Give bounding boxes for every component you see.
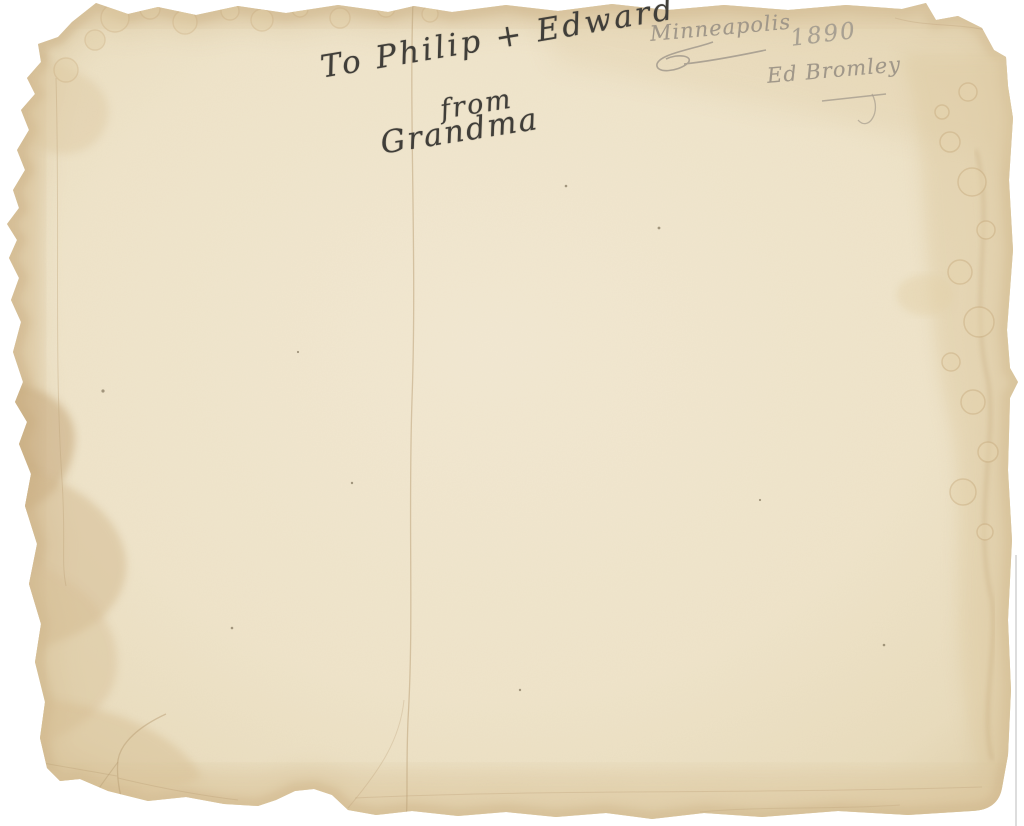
- scanner-edge-shadow: [1015, 555, 1017, 826]
- scanner-background: To Philip + Edward from Grandma Minneapo…: [0, 0, 1024, 826]
